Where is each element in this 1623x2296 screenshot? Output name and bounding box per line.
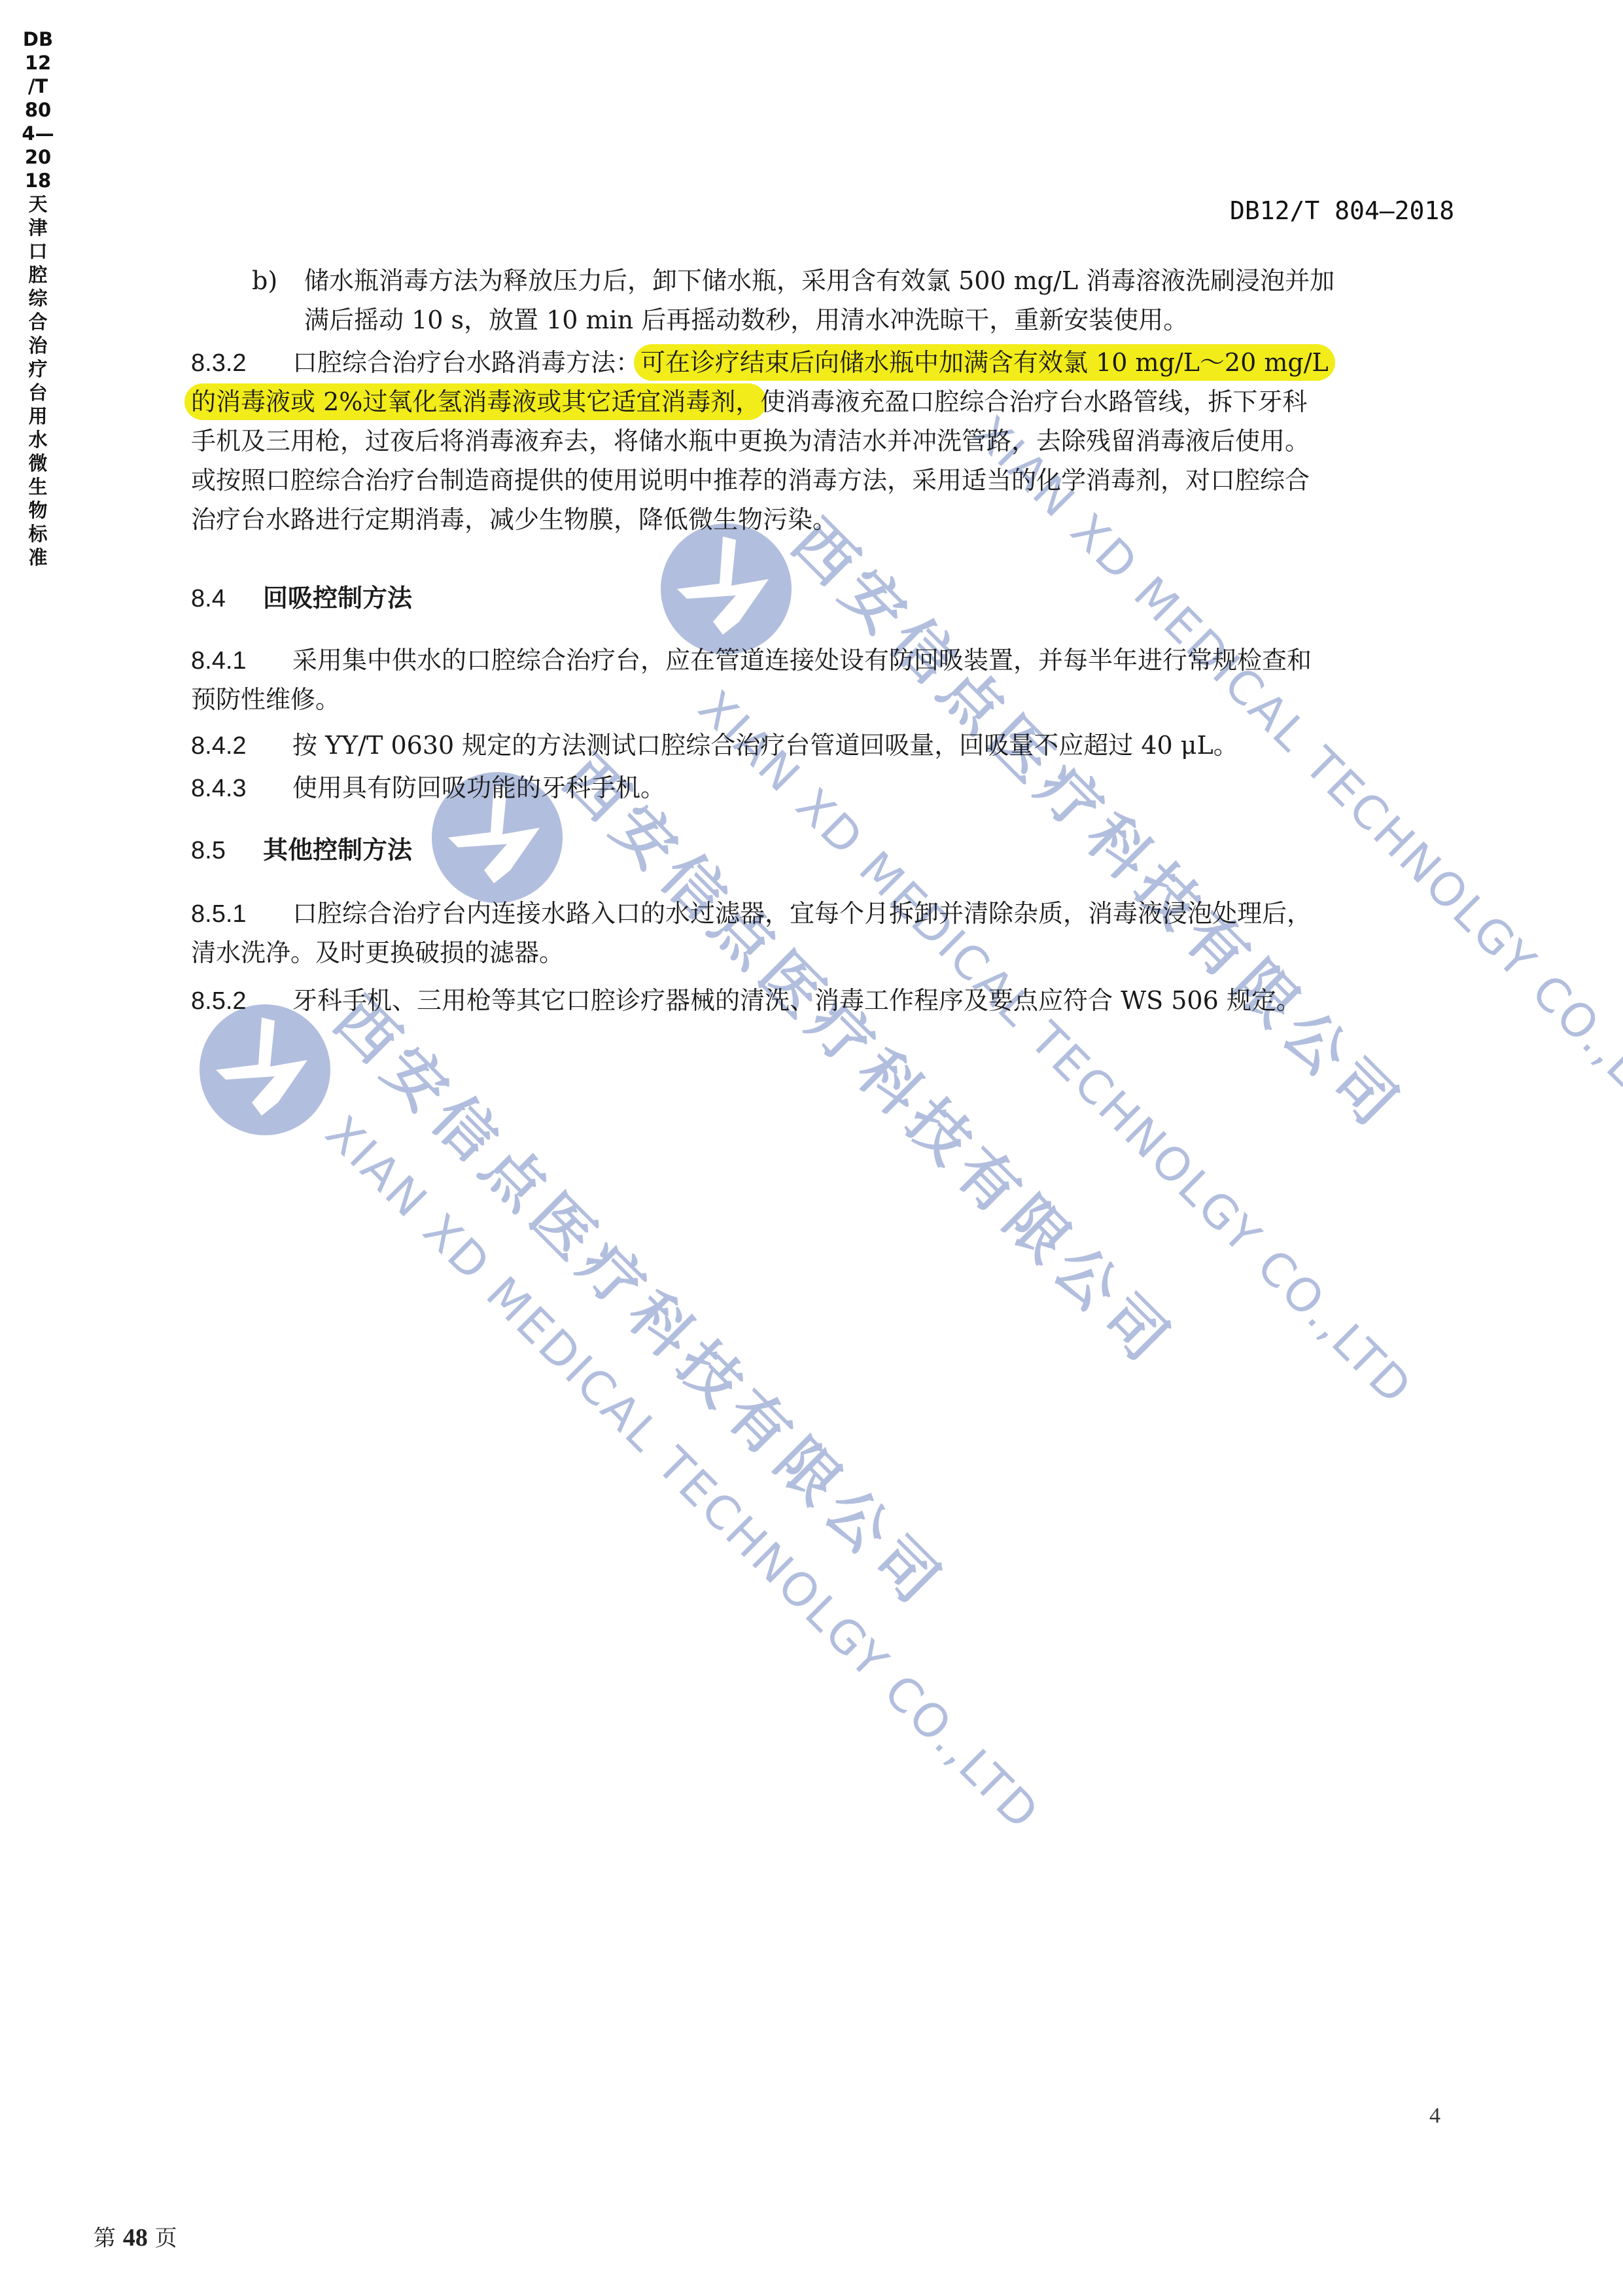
clause-8-5-1-line1: 8.5.1口腔综合治疗台内连接水路入口的水过滤器，宜每个月拆卸并清除杂质，消毒液… (191, 898, 1312, 930)
watermark-cn: 西安信点医疗科技有限公司 (548, 733, 1197, 1383)
clause-8-5-1-line2: 清水洗净。及时更换破损的滤器。 (191, 937, 564, 968)
clause-8-4-1-line2: 预防性维修。 (191, 684, 340, 715)
clause-number: 8.3.2 (191, 347, 292, 379)
watermark-en: XIAN XD MEDICAL TECHNOLGY CO.,LTD (688, 680, 1423, 1415)
clause-8-3-2-line3: 手机及三用枪，过夜后将消毒液弃去，将储水瓶中更换为清洁水并冲洗管路，去除残留消毒… (191, 425, 1310, 457)
clause-8-3-2-line5: 治疗台水路进行定期消毒，减少生物膜，降低微生物污染。 (191, 504, 837, 535)
highlighted-text: 的消毒液或 2%过氧化氢消毒液或其它适宜消毒剂， (184, 383, 767, 420)
company-logo-icon (200, 1004, 330, 1135)
item-b-line1: b)储水瓶消毒方法为释放压力后，卸下储水瓶，采用含有效氯 500 mg/L 消毒… (252, 265, 1335, 296)
side-document-label: DB12/T 804—20 18天津 口腔综 合治疗 台用水 微生物 标准 (18, 27, 58, 569)
clause-8-4-2: 8.4.2按 YY/T 0630 规定的方法测试口腔综合治疗台管道回吸量，回吸量… (191, 730, 1238, 762)
standard-code-header: DB12/T 804—2018 (1230, 196, 1454, 225)
clause-8-5-2: 8.5.2牙科手机、三用枪等其它口腔诊疗器械的清洗、消毒工作程序及要点应符合 W… (191, 985, 1301, 1017)
highlighted-text: 可在诊疗结束后向储水瓶中加满含有效氯 10 mg/L～20 mg/L (634, 344, 1335, 381)
section-8-5-heading: 8.5其他控制方法 (191, 834, 412, 866)
clause-8-3-2-line1: 8.3.2口腔综合治疗台水路消毒方法：可在诊疗结束后向储水瓶中加满含有效氯 10… (191, 347, 1329, 379)
footer-page-number: 48 (123, 2224, 148, 2252)
company-logo-icon (661, 523, 792, 654)
page-number: 4 (1429, 2104, 1440, 2128)
item-b-marker: b) (252, 265, 304, 296)
clause-8-3-2-line4: 或按照口腔综合治疗台制造商提供的使用说明中推荐的消毒方法，采用适当的化学消毒剂，… (191, 465, 1310, 496)
clause-8-4-3: 8.4.3使用具有防回吸功能的牙科手机。 (191, 772, 665, 804)
watermark-en: XIAN XD MEDICAL TECHNOLGY CO.,LTD (963, 406, 1623, 1140)
watermark-en: XIAN XD MEDICAL TECHNOLGY CO.,LTD (315, 1106, 1050, 1841)
clause-8-3-2-line2: 的消毒液或 2%过氧化氢消毒液或其它适宜消毒剂，使消毒液充盈口腔综合治疗台水路管… (191, 386, 1307, 417)
section-8-4-heading: 8.4回吸控制方法 (191, 582, 412, 614)
footer-page-indicator: 第 48 页 (94, 2220, 177, 2252)
watermark-cn: 西安信点医疗科技有限公司 (777, 497, 1426, 1147)
watermark-cn: 西安信点医疗科技有限公司 (319, 975, 968, 1625)
clause-8-4-1-line1: 8.4.1采用集中供水的口腔综合治疗台，应在管道连接处设有防回吸装置，并每半年进… (191, 645, 1312, 677)
item-b-line2: 满后摇动 10 s，放置 10 min 后再摇动数秒，用清水冲洗晾干，重新安装使… (304, 304, 1188, 336)
